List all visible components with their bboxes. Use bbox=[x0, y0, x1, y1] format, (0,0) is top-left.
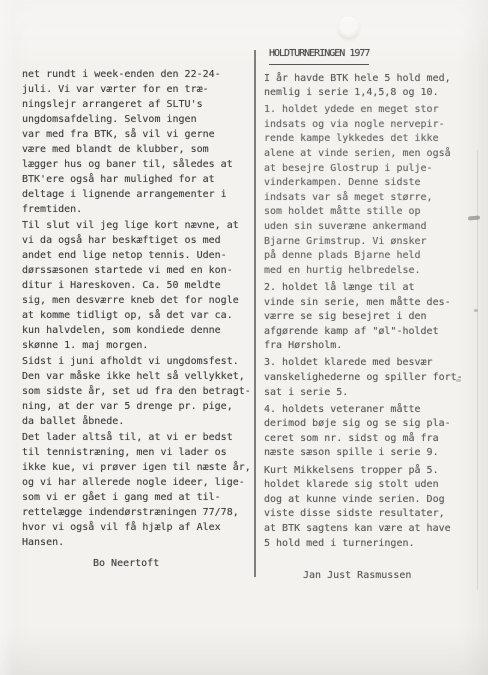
smudge-mark bbox=[456, 379, 461, 382]
body-paragraph: Det lader altså til, at vi er bedst til … bbox=[22, 430, 257, 550]
hole-punch bbox=[338, 17, 359, 38]
body-paragraph: 3. holdet klarede med besvær vanskelighe… bbox=[264, 356, 480, 400]
author-signature: Bo Neertoft bbox=[22, 556, 257, 571]
body-paragraph: Til slut vil jeg lige kort nævne, at vi … bbox=[22, 218, 257, 353]
smudge-mark bbox=[474, 309, 478, 312]
author-signature: Jan Just Rasmussen bbox=[264, 569, 480, 584]
left-column: net rundt i week-enden den 22-24- juli. … bbox=[22, 67, 257, 571]
body-paragraph: net rundt i week-enden den 22-24- juli. … bbox=[22, 67, 257, 217]
body-paragraph: Kurt Mikkelsens tropper på 5. holdet kla… bbox=[264, 464, 480, 552]
scanned-page: net rundt i week-enden den 22-24- juli. … bbox=[0, 0, 488, 675]
section-heading: HOLDTURNERINGEN 1977 bbox=[269, 47, 369, 65]
body-paragraph: 4. holdets veteraner måtte derimod bøje … bbox=[264, 403, 480, 461]
body-paragraph: 1. holdet ydede en meget stor indsats og… bbox=[264, 103, 480, 278]
right-column: HOLDTURNERINGEN 1977 I år havde BTK hele… bbox=[264, 47, 480, 584]
body-paragraph: 2. holdet lå længe til at vinde sin seri… bbox=[264, 281, 480, 354]
body-paragraph: Sidst i juni afholdt vi ungdomsfest. Den… bbox=[22, 354, 257, 429]
body-paragraph: I år havde BTK hele 5 hold med, nemlig i… bbox=[264, 72, 480, 101]
